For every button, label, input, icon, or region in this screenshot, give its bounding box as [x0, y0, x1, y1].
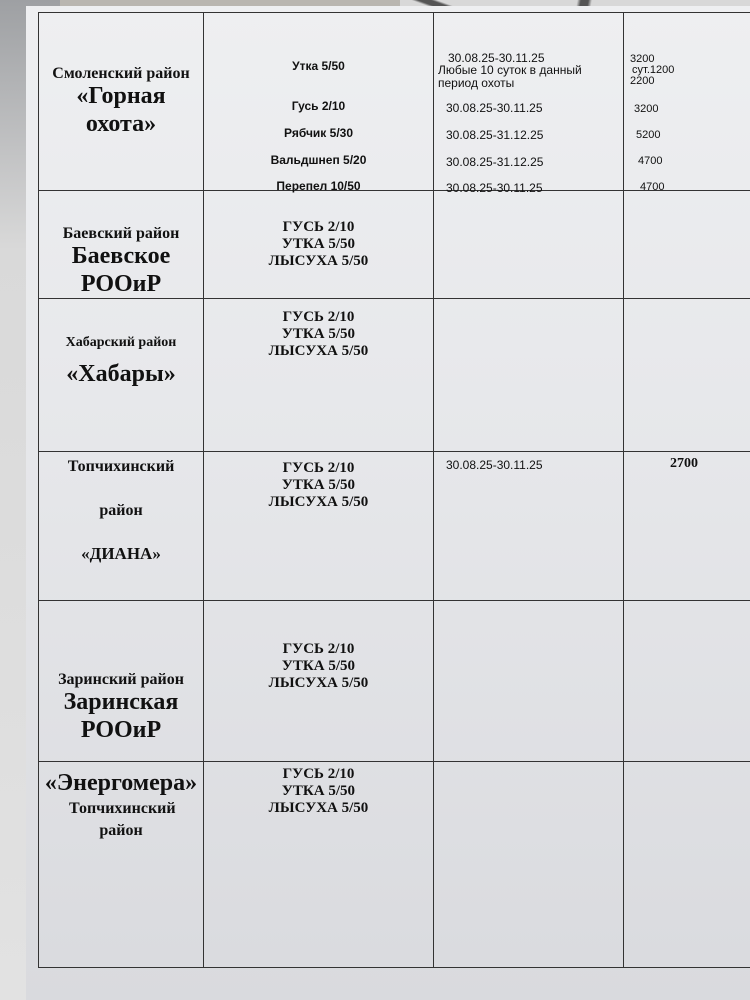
document-sheet: Смоленский район «Горная охота» Утка 5/5… [26, 6, 750, 1000]
table-row: Хабарский район «Хабары» ГУСЬ 2/10 УТКА … [39, 299, 750, 452]
price-cell: 3200 сут.1200 2200 3200 5200 4700 4700 [624, 13, 750, 191]
table-row: Смоленский район «Горная охота» Утка 5/5… [39, 13, 750, 191]
organization-name: «Хабары» [39, 361, 203, 389]
period-item: 30.08.25-30.11.25 [434, 452, 623, 472]
species-item: ГУСЬ 2/10 [204, 766, 433, 783]
district-name: Смоленский район [39, 65, 203, 83]
district-name: Хабарский район [39, 335, 203, 351]
hunting-ground-cell: Баевский район Баевское РООиР [39, 191, 204, 299]
hunting-ground-cell: Смоленский район «Горная охота» [39, 13, 204, 191]
species-cell: ГУСЬ 2/10 УТКА 5/50 ЛЫСУХА 5/50 [204, 762, 434, 968]
organization-name: «Горная охота» [39, 83, 203, 138]
species-item: Перепел 10/50 [204, 179, 433, 193]
table-row: «Энергомера» Топчихинский район ГУСЬ 2/1… [39, 762, 750, 968]
period-item: 30.08.25-31.12.25 [446, 155, 543, 169]
price-cell [624, 762, 750, 968]
table-row: Заринский район Заринская РООиР ГУСЬ 2/1… [39, 601, 750, 762]
species-item: Гусь 2/10 [204, 99, 433, 113]
price-item: 3200 [634, 103, 658, 115]
price-cell: 2700 [624, 452, 750, 601]
hunting-table: Смоленский район «Горная охота» Утка 5/5… [38, 12, 750, 968]
species-item: УТКА 5/50 [204, 326, 433, 343]
species-item: ГУСЬ 2/10 [204, 641, 433, 658]
species-item: ЛЫСУХА 5/50 [204, 253, 433, 270]
species-item: Вальдшнеп 5/20 [204, 153, 433, 167]
period-item: 30.08.25-30.11.25 [446, 101, 543, 115]
species-item: УТКА 5/50 [204, 477, 433, 494]
species-cell: ГУСЬ 2/10 УТКА 5/50 ЛЫСУХА 5/50 [204, 452, 434, 601]
organization-name: «ДИАНА» [39, 544, 203, 564]
hunting-ground-cell: «Энергомера» Топчихинский район [39, 762, 204, 968]
species-item: ЛЫСУХА 5/50 [204, 800, 433, 817]
period-note: Любые 10 суток в данный период охоты [438, 64, 618, 90]
hunting-ground-cell: Топчихинский район «ДИАНА» [39, 452, 204, 601]
price-cell [624, 601, 750, 762]
table-row: Топчихинский район «ДИАНА» ГУСЬ 2/10 УТК… [39, 452, 750, 601]
table-row: Баевский район Баевское РООиР ГУСЬ 2/10 … [39, 191, 750, 299]
price-item: 5200 [636, 129, 660, 141]
organization-name: Заринская РООиР [39, 689, 203, 744]
district-name: Топчихинский район [39, 798, 203, 843]
price-item: 2200 [630, 75, 654, 87]
price-cell [624, 299, 750, 452]
species-item: ГУСЬ 2/10 [204, 309, 433, 326]
period-cell: 30.08.25-30.11.25 Любые 10 суток в данны… [434, 13, 624, 191]
species-item: УТКА 5/50 [204, 783, 433, 800]
price-cell [624, 191, 750, 299]
district-name: Баевский район [39, 225, 203, 243]
period-cell [434, 299, 624, 452]
species-item: ЛЫСУХА 5/50 [204, 494, 433, 511]
period-cell [434, 601, 624, 762]
species-cell: Утка 5/50 Гусь 2/10 Рябчик 5/30 Вальдшне… [204, 13, 434, 191]
price-item: 4700 [638, 155, 662, 167]
district-name-part: Топчихинский [39, 458, 203, 476]
period-cell [434, 191, 624, 299]
hunting-ground-cell: Хабарский район «Хабары» [39, 299, 204, 452]
species-item: Утка 5/50 [204, 59, 433, 73]
district-name: Заринский район [39, 671, 203, 689]
species-item: ЛЫСУХА 5/50 [204, 343, 433, 360]
district-name-part: район [39, 502, 203, 520]
period-item: 30.08.25-31.12.25 [446, 128, 543, 142]
period-cell [434, 762, 624, 968]
period-cell: 30.08.25-30.11.25 [434, 452, 624, 601]
period-item: 30.08.25-30.11.25 [446, 181, 543, 195]
species-item: УТКА 5/50 [204, 658, 433, 675]
price-item: 4700 [640, 181, 664, 193]
species-item: УТКА 5/50 [204, 236, 433, 253]
organization-name: Баевское РООиР [39, 243, 203, 298]
species-cell: ГУСЬ 2/10 УТКА 5/50 ЛЫСУХА 5/50 [204, 191, 434, 299]
species-item: ГУСЬ 2/10 [204, 219, 433, 236]
species-cell: ГУСЬ 2/10 УТКА 5/50 ЛЫСУХА 5/50 [204, 299, 434, 452]
species-item: ГУСЬ 2/10 [204, 460, 433, 477]
organization-name: «Энергомера» [39, 770, 203, 798]
price-item: 2700 [624, 452, 750, 472]
species-item: Рябчик 5/30 [204, 126, 433, 140]
species-item: ЛЫСУХА 5/50 [204, 675, 433, 692]
hunting-ground-cell: Заринский район Заринская РООиР [39, 601, 204, 762]
species-cell: ГУСЬ 2/10 УТКА 5/50 ЛЫСУХА 5/50 [204, 601, 434, 762]
